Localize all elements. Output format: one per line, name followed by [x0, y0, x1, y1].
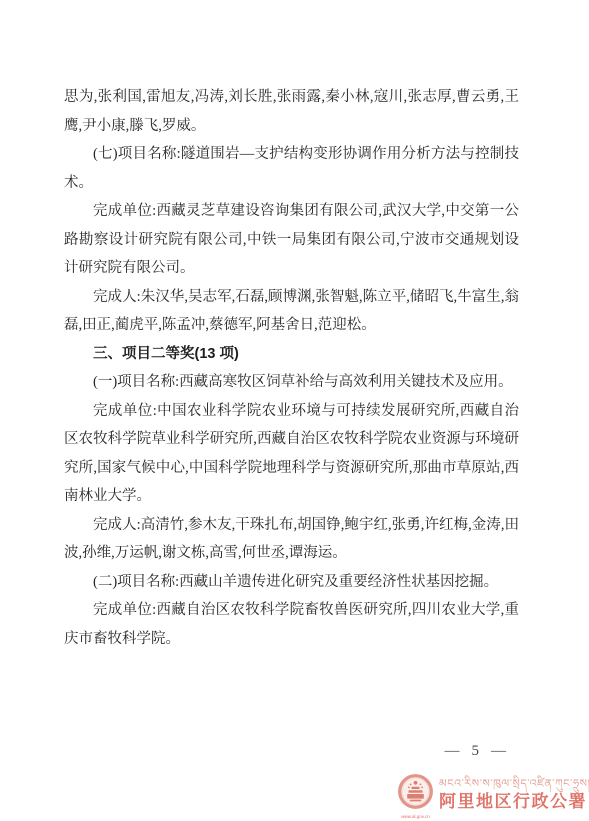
seal-text-block: མངའ་རིས་ས་ཁུལ་སྲིད་འཛིན་ཀུང་ཧྲུས། 阿里地区行政… — [439, 773, 589, 811]
agency-seal: www.al.gov.cn མངའ་རིས་ས་ཁུལ་སྲིད་འཛིན་ཀུ… — [396, 773, 589, 819]
seal-chinese-text: 阿里地区行政公署 — [439, 792, 589, 811]
page-number-value: 5 — [472, 743, 480, 760]
national-emblem-icon: www.al.gov.cn — [396, 773, 435, 819]
paragraph-project1-units: 完成单位:中国农业科学院农业环境与可持续发展研究所,西藏自治区农牧科学院草业科学… — [64, 397, 519, 511]
document-body: 思为,张利国,雷旭友,冯涛,刘长胜,张雨露,秦小林,寇川,张志厚,曹云勇,王鹰,… — [64, 83, 519, 653]
page-number: — 5 — — [445, 743, 507, 760]
paragraph-project1-title: (一)项目名称:西藏高寒牧区饲草补给与高效利用关键技术及应用。 — [64, 368, 519, 397]
document-page: 思为,张利国,雷旭友,冯涛,刘长胜,张雨露,秦小林,寇川,张志厚,曹云勇,王鹰,… — [0, 0, 589, 821]
paragraph-project7-title: (七)项目名称:隧道围岩—支护结构变形协调作用分析方法与控制技术。 — [64, 140, 519, 197]
paragraph-project7-units: 完成单位:西藏灵芝草建设咨询集团有限公司,武汉大学,中交第一公路勘察设计研究院有… — [64, 197, 519, 283]
paragraph-project2-units: 完成单位:西藏自治区农牧科学院畜牧兽医研究所,四川农业大学,重庆市畜牧科学院。 — [64, 596, 519, 653]
paragraph-names-continued: 思为,张利国,雷旭友,冯涛,刘长胜,张雨露,秦小林,寇川,张志厚,曹云勇,王鹰,… — [64, 83, 519, 140]
paragraph-project1-people: 完成人:高清竹,参木友,干珠扎布,胡国铮,鲍宇红,张勇,许红梅,金涛,田波,孙维… — [64, 511, 519, 568]
section-heading-second-prize: 三、项目二等奖(13 项) — [64, 340, 519, 369]
seal-website-caption: www.al.gov.cn — [396, 814, 435, 819]
page-number-right-dash: — — [491, 743, 506, 760]
page-number-left-dash: — — [445, 743, 460, 760]
seal-tibetan-text: མངའ་རིས་ས་ཁུལ་སྲིད་འཛིན་ཀུང་ཧྲུས། — [439, 777, 589, 791]
paragraph-project2-title: (二)项目名称:西藏山羊遗传进化研究及重要经济性状基因挖掘。 — [64, 568, 519, 597]
paragraph-project7-people: 完成人:朱汉华,吴志军,石磊,顾博渊,张智魁,陈立平,储昭飞,牛富生,翁磊,田正… — [64, 283, 519, 340]
